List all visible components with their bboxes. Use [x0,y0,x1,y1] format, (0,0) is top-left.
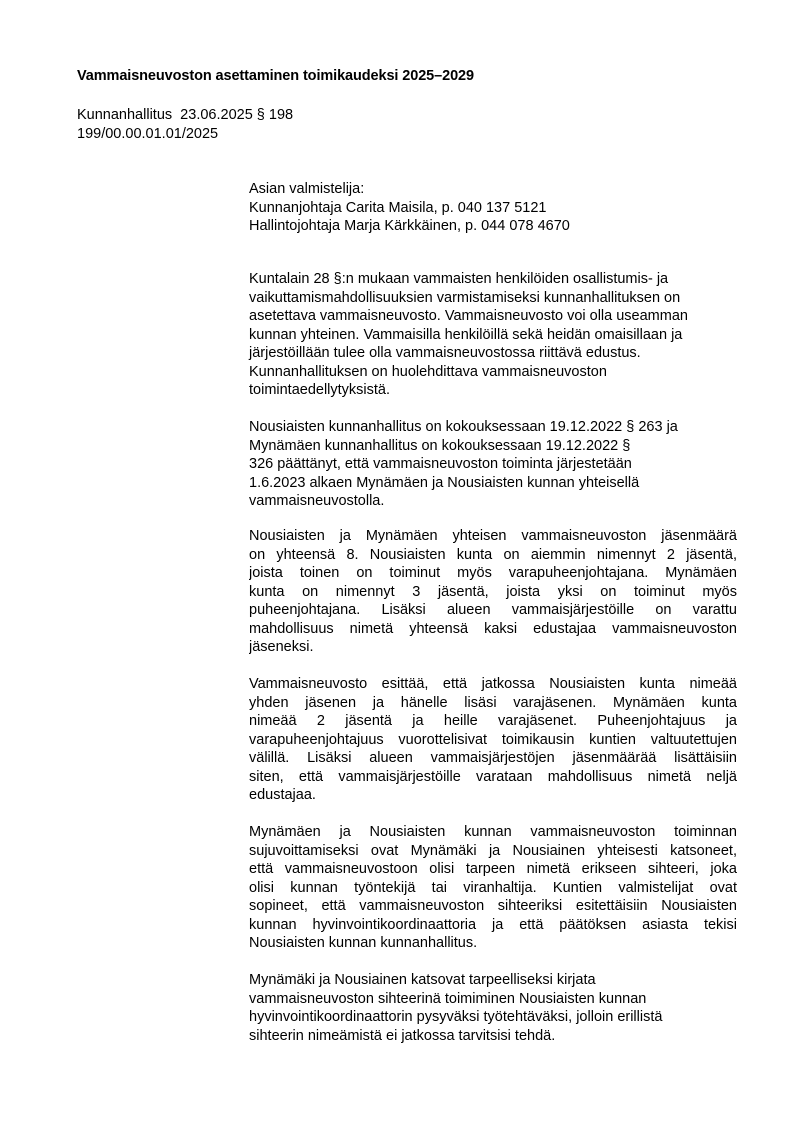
paragraph-line: 1.6.2023 alkaen Mynämäen ja Nousiaisten … [249,474,737,493]
paragraph-line: kunnan hyvinvointikoordinaattoria ja ett… [249,916,737,935]
paragraph-line: puheenjohtajana. Lisäksi alueen vammaisj… [249,601,737,620]
paragraph-line: joista toinen on toiminut myös varapuhee… [249,564,737,583]
paragraph-line: 326 päättänyt, että vammaisneuvoston toi… [249,455,737,474]
meeting-reference: Kunnanhallitus 23.06.2025 § 198 [77,106,293,125]
paragraph: Nousiaisten ja Mynämäen yhteisen vammais… [249,527,737,657]
paragraph-line: Kunnanhallituksen on huolehdittava vamma… [249,363,737,382]
preparers-heading: Asian valmistelija: [249,180,737,199]
paragraph-line: vaikuttamismahdollisuuksien varmistamise… [249,289,737,308]
paragraph-line: vammaisneuvostolla. [249,492,737,511]
paragraph-line: on yhteensä 8. Nousiaisten kunta on aiem… [249,546,737,565]
preparers-block: Asian valmistelija: Kunnanjohtaja Carita… [249,180,737,236]
paragraph-line: Nousiaisten kunnanhallitus on kokouksess… [249,418,737,437]
preparer-line: Hallintojohtaja Marja Kärkkäinen, p. 044… [249,217,737,236]
paragraph-line: siten, että vammaisjärjestöille varataan… [249,768,737,787]
preparer-line: Kunnanjohtaja Carita Maisila, p. 040 137… [249,199,737,218]
paragraph-line: yhden jäsenen ja hänelle lisäsi varajäse… [249,694,737,713]
paragraph-line: jäseneksi. [249,638,737,657]
paragraph-line: kunnan yhteinen. Vammaisilla henkilöillä… [249,326,737,345]
record-id: 199/00.00.01.01/2025 [77,125,293,144]
paragraph: Nousiaisten kunnanhallitus on kokouksess… [249,418,737,511]
paragraph-line: Vammaisneuvosto esittää, että jatkossa N… [249,675,737,694]
paragraph-line: sujuvoittamiseksi ovat Mynämäki ja Nousi… [249,842,737,861]
paragraph-line: Mynämäen ja Nousiaisten kunnan vammaisne… [249,823,737,842]
paragraph-line: mahdollisuus nimetä yhteensä kaksi edust… [249,620,737,639]
paragraph-line: edustajaa. [249,786,737,805]
paragraph-line: sihteerin nimeämistä ei jatkossa tarvits… [249,1027,737,1046]
paragraph-line: olisi kunnan työntekijä tai viranhaltija… [249,879,737,898]
paragraph-line: sopineet, että vammaisneuvoston sihteeri… [249,897,737,916]
paragraph: Vammaisneuvosto esittää, että jatkossa N… [249,675,737,805]
paragraph-line: Mynämäen kunnanhallitus on kokouksessaan… [249,437,737,456]
paragraph-line: toimintaedellytyksistä. [249,381,737,400]
paragraph-line: nimeää 2 jäsentä ja heille varajäsenet. … [249,712,737,731]
paragraph-line: Mynämäki ja Nousiainen katsovat tarpeell… [249,971,737,990]
paragraph: Mynämäki ja Nousiainen katsovat tarpeell… [249,971,737,1045]
paragraph-line: järjestöillään tulee olla vammaisneuvost… [249,344,737,363]
paragraph-line: että vammaisneuvostoon olisi tarpeen nim… [249,860,737,879]
paragraph-line: asetettava vammaisneuvosto. Vammaisneuvo… [249,307,737,326]
paragraph-line: kunta on nimennyt 3 jäsentä, joista yksi… [249,583,737,602]
paragraph-line: Nousiaisten kunnan kunnanhallitus. [249,934,737,953]
paragraph-line: Kuntalain 28 §:n mukaan vammaisten henki… [249,270,737,289]
paragraph-line: välillä. Lisäksi alueen vammaisjärjestöj… [249,749,737,768]
paragraph-line: hyvinvointikoordinaattorin pysyväksi työ… [249,1008,737,1027]
paragraph: Mynämäen ja Nousiaisten kunnan vammaisne… [249,823,737,953]
document-title: Vammaisneuvoston asettaminen toimikaudek… [77,68,474,84]
paragraph: Kuntalain 28 §:n mukaan vammaisten henki… [249,270,737,400]
paragraph-line: varapuheenjohtajuus vuorottelisivat toim… [249,731,737,750]
paragraph-line: vammaisneuvoston sihteerinä toimiminen N… [249,990,737,1009]
paragraph-line: Nousiaisten ja Mynämäen yhteisen vammais… [249,527,737,546]
document-meta: Kunnanhallitus 23.06.2025 § 198 199/00.0… [77,106,293,143]
